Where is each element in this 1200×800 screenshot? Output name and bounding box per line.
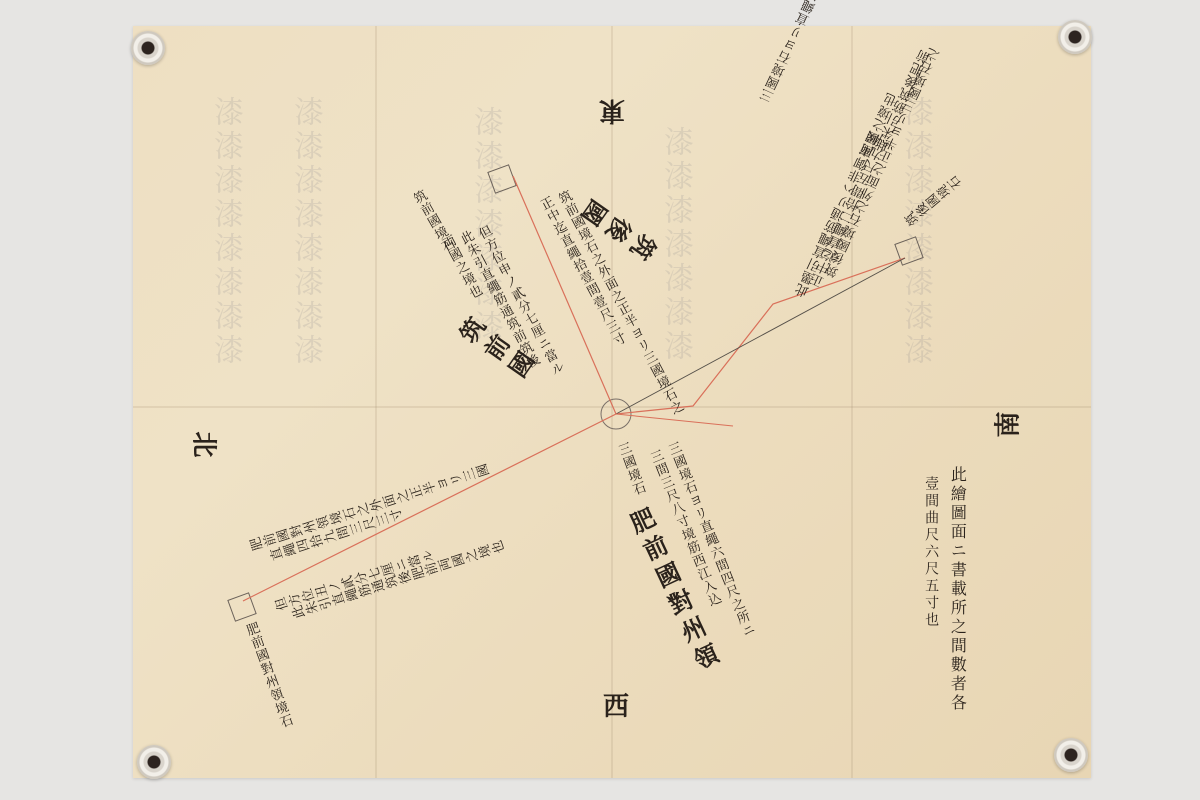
mounting-pin [1054,738,1088,772]
scale-note-2: 壹間曲尺六尺五寸也 [923,476,939,629]
mounting-pin [131,31,165,65]
compass-east: 東 [599,94,625,131]
compass-north: 北 [188,431,225,457]
compass-south: 南 [988,411,1025,437]
mounting-pin [137,745,171,779]
map-document: 漆漆漆漆漆漆漆漆 漆漆漆漆漆漆漆漆 漆漆漆漆漆漆漆 漆漆漆漆漆漆漆 漆漆漆漆漆漆… [133,26,1091,778]
mounting-pin [1058,20,1092,54]
scale-note-1: 此繪圖面ニ書載所之間數者各 [948,466,966,713]
compass-west: 西 [603,686,629,723]
